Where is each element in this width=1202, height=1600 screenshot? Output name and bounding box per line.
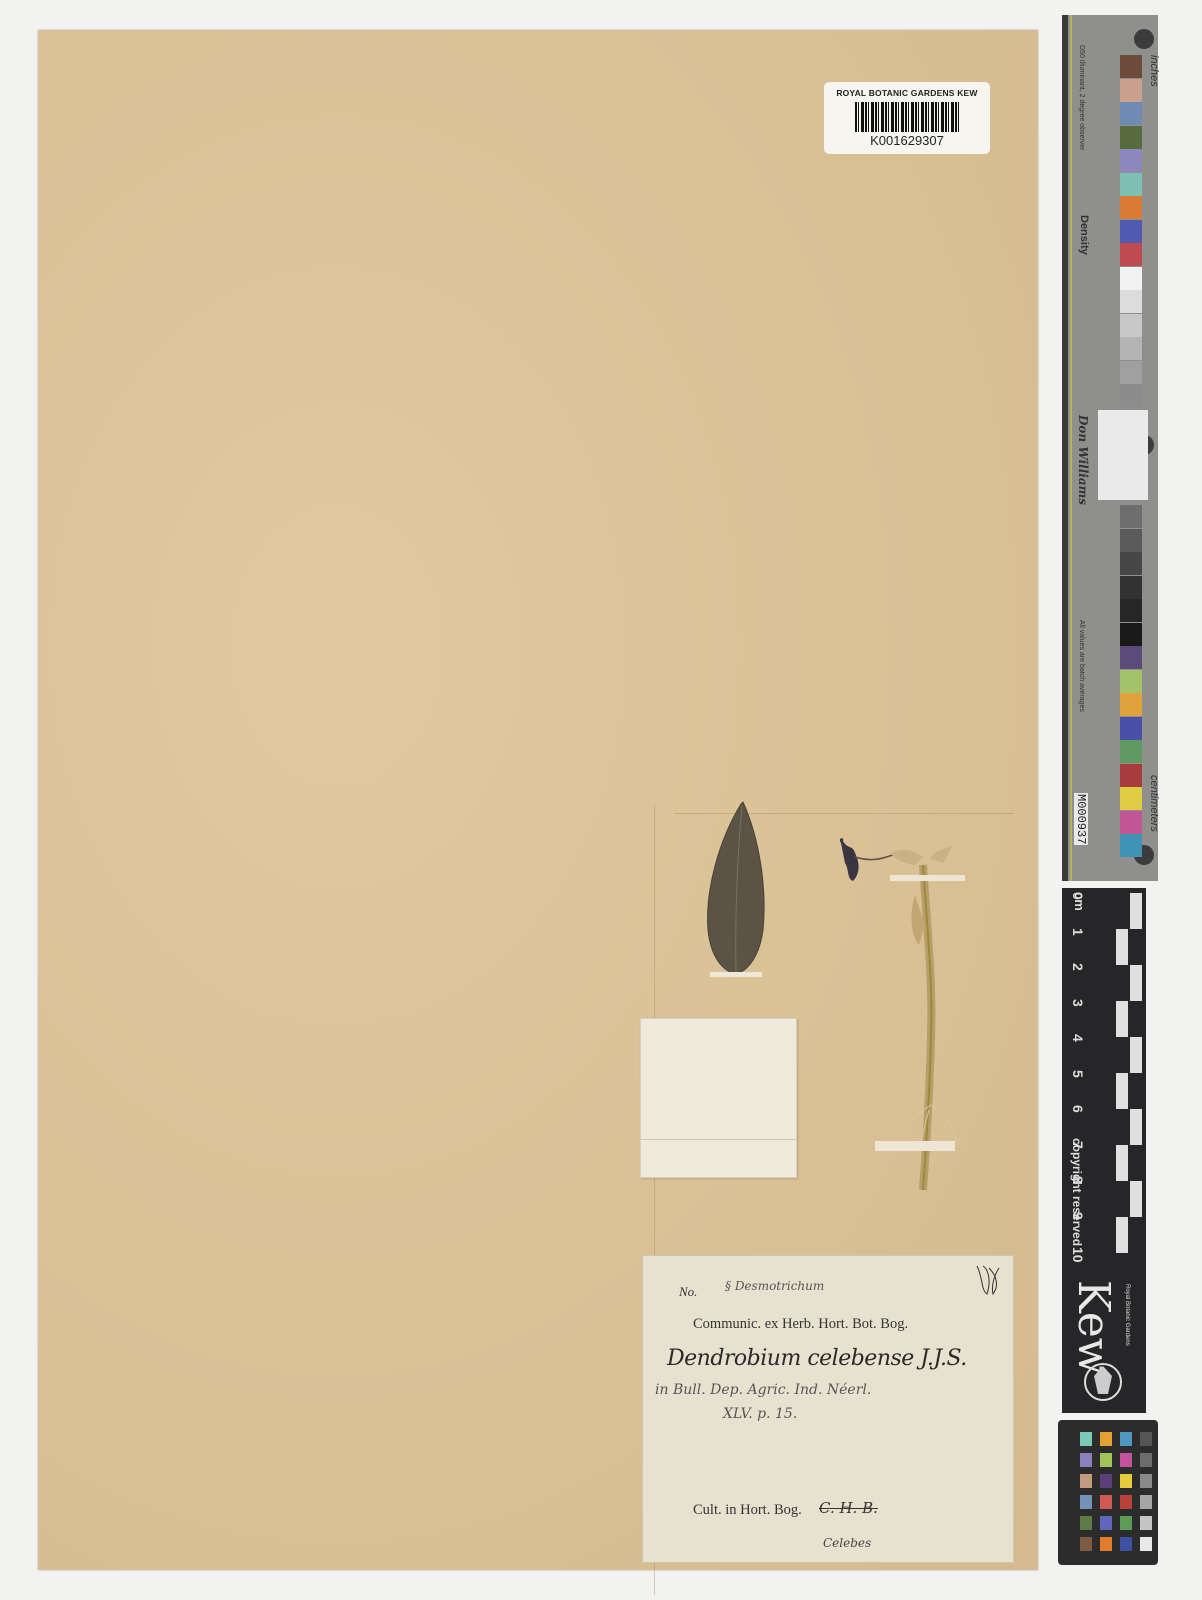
checker-swatch: [1120, 1537, 1132, 1551]
color-patch: [1120, 79, 1142, 102]
density-label: Density: [1078, 215, 1090, 255]
ruler-tick-label: 10: [1070, 1247, 1086, 1263]
checker-swatch: [1120, 1432, 1132, 1446]
color-checker-card: [1058, 1420, 1158, 1565]
color-patch: [1120, 834, 1142, 857]
color-patch: [1120, 55, 1142, 78]
color-patch: [1120, 220, 1142, 243]
color-patch: [1120, 623, 1142, 646]
checker-swatch: [1120, 1474, 1132, 1488]
checker-swatch: [1100, 1453, 1112, 1467]
label-publication-ref: XLV. p. 15.: [723, 1406, 797, 1422]
resolution-target: [1098, 410, 1148, 500]
color-patch: [1120, 552, 1142, 575]
mount-hole-icon: [1134, 29, 1154, 49]
color-patch: [1120, 646, 1142, 669]
ruler-tick-label: 3: [1070, 999, 1086, 1007]
checker-swatch: [1100, 1516, 1112, 1530]
checker-swatch: [1100, 1474, 1112, 1488]
color-patch: [1120, 787, 1142, 810]
label-section: § Desmotrichum: [725, 1279, 824, 1293]
batch-note: All values are batch averages: [1078, 620, 1085, 712]
color-patch: [1120, 337, 1142, 360]
checker-swatch: [1100, 1432, 1112, 1446]
barcode-number: K001629307: [824, 133, 990, 148]
centimeters-label: centimeters: [1148, 775, 1160, 832]
checker-swatch: [1100, 1537, 1112, 1551]
barcode-label: ROYAL BOTANIC GARDENS KEW K001629307: [824, 82, 990, 154]
institution-name: ROYAL BOTANIC GARDENS KEW: [824, 88, 990, 98]
checker-swatch: [1140, 1432, 1152, 1446]
checker-swatch: [1120, 1495, 1132, 1509]
copyright-text: copyright reserved: [1070, 1138, 1084, 1246]
checker-swatch: [1080, 1432, 1092, 1446]
checker-swatch: [1140, 1474, 1152, 1488]
checker-swatch: [1100, 1495, 1112, 1509]
bar-code-number: M000937: [1074, 793, 1088, 845]
color-patch: [1120, 314, 1142, 337]
label-locality: Celebes: [823, 1536, 871, 1550]
color-patch: [1120, 243, 1142, 266]
color-patch: [1120, 693, 1142, 716]
ruler-tick-label: 4: [1070, 1034, 1086, 1042]
ruler-tick-label: 6: [1070, 1105, 1086, 1113]
color-patch: [1120, 267, 1142, 290]
scale-bars: [1116, 893, 1142, 1261]
checker-swatch: [1140, 1537, 1152, 1551]
color-calibration-bar: inches centimeters Density D50 Illuminan…: [1062, 15, 1158, 881]
checker-swatch: [1120, 1516, 1132, 1530]
checker-swatch: [1080, 1516, 1092, 1530]
label-struck-text: C. H. B.: [819, 1499, 878, 1517]
checker-swatch: [1080, 1537, 1092, 1551]
label-cultivated: Cult. in Hort. Bog.: [693, 1502, 802, 1519]
color-patch: [1120, 576, 1142, 599]
bar-edge-stripe: [1070, 15, 1072, 881]
color-patch: [1120, 599, 1142, 622]
color-patch: [1120, 717, 1142, 740]
color-patch: [1120, 740, 1142, 763]
checker-swatch: [1080, 1474, 1092, 1488]
color-patch: [1120, 505, 1142, 528]
checker-swatch: [1140, 1516, 1152, 1530]
ruler-tick-label: 1: [1070, 928, 1086, 936]
label-taxon-name: Dendrobium celebense J.J.S.: [667, 1346, 967, 1371]
ruler-tick-label: 0: [1070, 892, 1086, 900]
color-patch: [1120, 670, 1142, 693]
color-patch: [1120, 126, 1142, 149]
color-patch: [1120, 149, 1142, 172]
cm-scale-ruler: cm 012345678910 copyright reserved Kew R…: [1062, 888, 1146, 1413]
leaf-specimen: [705, 800, 767, 980]
ruler-tick-label: 5: [1070, 1070, 1086, 1078]
label-publication: in Bull. Dep. Agric. Ind. Néerl.: [655, 1382, 871, 1398]
kew-subtitle: Royal Botanic Gardens: [1124, 1284, 1130, 1346]
brand-logo: Don Williams: [1076, 415, 1090, 505]
color-patch: [1120, 811, 1142, 834]
inches-label: inches: [1148, 55, 1160, 87]
specimen-label: No. § Desmotrichum Communic. ex Herb. Ho…: [642, 1255, 1014, 1563]
checker-swatch: [1080, 1453, 1092, 1467]
illuminant-label: D50 Illuminant, 2 degree observer: [1078, 45, 1085, 150]
stem-specimen: [835, 835, 975, 1195]
color-patch: [1120, 384, 1142, 407]
color-patch: [1120, 290, 1142, 313]
checker-swatch: [1120, 1453, 1132, 1467]
label-number-field: No.: [679, 1284, 697, 1300]
packet-fold: [641, 1139, 796, 1140]
barcode-icon: [855, 102, 959, 132]
fragment-packet[interactable]: [640, 1018, 797, 1178]
royal-crest-icon: [1080, 1358, 1126, 1406]
checker-swatch: [1080, 1495, 1092, 1509]
color-patch: [1120, 173, 1142, 196]
color-patch: [1120, 764, 1142, 787]
checker-swatch: [1140, 1495, 1152, 1509]
ruler-tick-label: 2: [1070, 963, 1086, 971]
checker-swatch: [1140, 1453, 1152, 1467]
color-patch: [1120, 196, 1142, 219]
label-communicated: Communic. ex Herb. Hort. Bot. Bog.: [693, 1316, 908, 1333]
initials-signature-icon: [973, 1262, 1003, 1298]
color-patch: [1120, 361, 1142, 384]
color-patch: [1120, 529, 1142, 552]
color-patch: [1120, 102, 1142, 125]
